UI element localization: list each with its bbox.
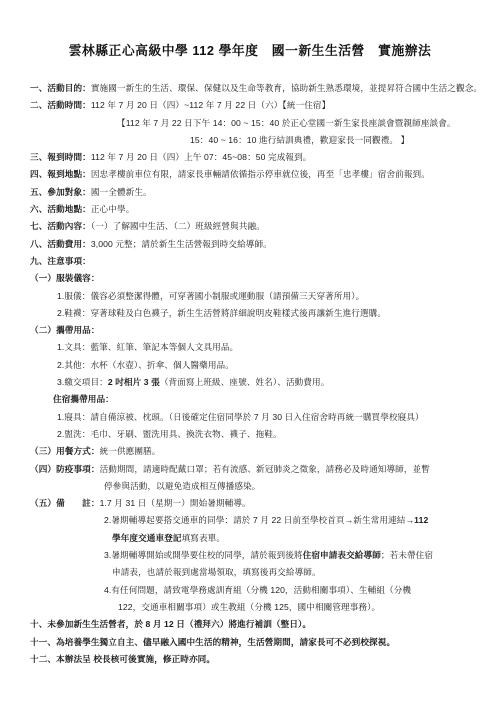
text-segment: 2.暑期輔導起要搭交通車的同學：請於 7 月 22 日前至學校首頁→新生常用連結… — [104, 515, 414, 525]
doc-line: 十二、本辦法呈 校長核可後實施，修正時亦同。 — [30, 651, 474, 668]
text-segment: 15：40 ~ 16：10 進行結訓典禮，歡迎家長一同觀禮。 】 — [190, 135, 409, 145]
text-segment: （一）了解國中生活、（二）班級經營與共融。 — [91, 221, 265, 231]
text-segment: 六、活動地點： — [30, 204, 91, 214]
doc-line: 2.其他：水杯（水壺）、折傘、個人醫藥用品。 — [30, 357, 474, 374]
doc-line: 122，交通車相關事項）或生教組（分機 125，國中相關管理事務）。 — [30, 599, 474, 616]
text-segment: 住宿申請表交給導師 — [303, 550, 381, 560]
text-segment: （二）攜帶用品： — [30, 325, 100, 335]
doc-line: （五）備 註：1.7 月 31 日（星期一）開始暑期輔導。 — [30, 495, 474, 512]
doc-line: 六、活動地點：正心中學。 — [30, 201, 474, 218]
text-segment: 九、注意事項： — [30, 256, 91, 266]
doc-line: 住宿攜帶用品： — [30, 391, 474, 408]
doc-line: （三）用餐方式：統一供應團膳。 — [30, 443, 474, 460]
doc-line: 1.文具：藍筆、紅筆、筆記本等個人文具用品。 — [30, 339, 474, 356]
text-segment: （一）服裝儀容： — [30, 273, 100, 283]
doc-line: 15：40 ~ 16：10 進行結訓典禮，歡迎家長一同觀禮。 】 — [30, 132, 474, 149]
document-page: 雲林縣正心高級中學 112 學年度 國一新生生活營 實施辦法 一、活動目的：實施… — [0, 0, 500, 708]
text-segment: 112 — [414, 515, 428, 525]
text-segment: 1.服儀：儀容必須整潔得體，可穿著國小制服或運動服（請預備三天穿著所用）。 — [57, 291, 364, 301]
doc-line: 四、報到地點：因忠孝樓前車位有限，請家長車輛請依循指示停車就位後，再至「忠孝樓」… — [30, 166, 474, 183]
doc-line: 3.暑期輔導開始或開學要住校的同學，請於報到後將住宿申請表交給導師；若未帶住宿 — [30, 547, 474, 564]
text-segment: 3.暑期輔導開始或開學要住校的同學，請於報到後將 — [104, 550, 303, 560]
doc-line: 1.服儀：儀容必須整潔得體，可穿著國小制服或運動服（請預備三天穿著所用）。 — [30, 288, 474, 305]
text-segment: 112 年 7 月 20 日（四）~112 年 7 月 22 日（六）【統一住宿… — [91, 100, 330, 110]
doc-line: （四）防疫事項：活動期間，請適時配戴口罩；若有流感、新冠肺炎之徵象，請務必及時通… — [30, 461, 474, 478]
text-segment: （背面寫上班級、座號、姓名）、活動費用。 — [160, 377, 330, 387]
text-segment: 2.鞋襪：穿著球鞋及白色襪子，新生生活營將詳細說明皮鞋樣式後再讓新生進行選購。 — [57, 308, 386, 318]
doc-line: 申請表，也請於報到處當場領取，填寫後再交給導師。 — [30, 564, 474, 581]
text-segment: （五）備 註： — [30, 498, 100, 508]
text-segment: 五、參加對象： — [30, 187, 91, 197]
text-segment: 1.寢具：請自備涼被、枕頭。（日後確定住宿同學於 7 月 30 日入住宿舍時再統… — [57, 412, 424, 422]
document-title: 雲林縣正心高級中學 112 學年度 國一新生生活營 實施辦法 — [0, 0, 500, 59]
text-segment: 統一供應團膳。 — [100, 446, 161, 456]
text-segment: 正心中學。 — [91, 204, 134, 214]
text-segment: ；若未帶住宿 — [381, 550, 433, 560]
text-segment: 住宿攜帶用品： — [53, 394, 114, 404]
text-segment: （四）防疫事項： — [30, 464, 100, 474]
text-segment: 【112 年 7 月 22 日下午 14：00 ~ 15：40 於正心堂國一新生… — [117, 118, 456, 128]
text-segment: 十一、為培養學生獨立自主、儘早融入國中生活的精神，生活營期間，請家長可不必到校探… — [30, 637, 395, 647]
doc-line: 十一、為培養學生獨立自主、儘早融入國中生活的精神，生活營期間，請家長可不必到校探… — [30, 634, 474, 651]
text-segment: 二、活動時間： — [30, 100, 91, 110]
text-segment: 四、報到地點： — [30, 169, 91, 179]
doc-line: 學年度交通車登記填寫表單。 — [30, 530, 474, 547]
text-segment: 七、活動內容： — [30, 221, 91, 231]
text-segment: 八、活動費用： — [30, 239, 91, 249]
text-segment: 活動期間，請適時配戴口罩；若有流感、新冠肺炎之徵象，請務必及時通知導師，並暫 — [100, 464, 430, 474]
doc-line: 停參與活動，以避免造成相互傳播感染。 — [30, 478, 474, 495]
text-segment: 國一全體新生。 — [91, 187, 152, 197]
text-segment: 學年度交通車登記 — [112, 533, 182, 543]
doc-line: 【112 年 7 月 22 日下午 14：00 ~ 15：40 於正心堂國一新生… — [30, 115, 474, 132]
text-segment: 實施國一新生的生活、環保、保健以及生命等教育，協助新生熟悉環境，並提昇符合國中生… — [91, 83, 482, 93]
text-segment: 十、未參加新生生活營者，於 8 月 12 日（禮拜六）將進行補訓（整日）。 — [30, 619, 311, 629]
doc-line: 2.鞋襪：穿著球鞋及白色襪子，新生生活營將詳細說明皮鞋樣式後再讓新生進行選購。 — [30, 305, 474, 322]
doc-line: 二、活動時間：112 年 7 月 20 日（四）~112 年 7 月 22 日（… — [30, 97, 474, 114]
doc-line: 八、活動費用：3,000 元整；請於新生生活營報到時交給導師。 — [30, 236, 474, 253]
text-segment: 3,000 元整；請於新生生活營報到時交給導師。 — [91, 239, 272, 249]
text-segment: 4.有任何問題，請致電學務處訓育組（分機 120，活動相關事項）、生輔組（分機 — [104, 585, 411, 595]
doc-line: （二）攜帶用品： — [30, 322, 474, 339]
doc-line: 1.寢具：請自備涼被、枕頭。（日後確定住宿同學於 7 月 30 日入住宿舍時再統… — [30, 409, 474, 426]
text-segment: 2.其他：水杯（水壺）、折傘、個人醫藥用品。 — [57, 360, 234, 370]
doc-line: 五、參加對象：國一全體新生。 — [30, 184, 474, 201]
doc-line: 十、未參加新生生活營者，於 8 月 12 日（禮拜六）將進行補訓（整日）。 — [30, 616, 474, 633]
doc-line: 九、注意事項： — [30, 253, 474, 270]
text-segment: 2.盥洗：毛巾、牙刷、盥洗用具、換洗衣物、襪子、拖鞋。 — [57, 429, 282, 439]
doc-line: 七、活動內容：（一）了解國中生活、（二）班級經營與共融。 — [30, 218, 474, 235]
text-segment: （三）用餐方式： — [30, 446, 100, 456]
doc-line: 4.有任何問題，請致電學務處訓育組（分機 120，活動相關事項）、生輔組（分機 — [30, 582, 474, 599]
doc-line: 三、報到時間：112 年 7 月 20 日（四）上午 07：45~08：50 完… — [30, 149, 474, 166]
text-segment: 2 吋相片 3 張 — [108, 377, 160, 387]
doc-line: 一、活動目的：實施國一新生的生活、環保、保健以及生命等教育，協助新生熟悉環境，並… — [30, 80, 474, 97]
text-segment: 一、活動目的： — [30, 83, 91, 93]
text-segment: 申請表，也請於報到處當場領取，填寫後再交給導師。 — [112, 567, 321, 577]
doc-line: 3.繳交項目：2 吋相片 3 張（背面寫上班級、座號、姓名）、活動費用。 — [30, 374, 474, 391]
text-segment: 填寫表單。 — [182, 533, 225, 543]
text-segment: 1.文具：藍筆、紅筆、筆記本等個人文具用品。 — [57, 342, 238, 352]
text-segment: 122，交通車相關事項）或生教組（分機 125，國中相關管理事務）。 — [118, 602, 380, 612]
doc-line: 2.暑期輔導起要搭交通車的同學：請於 7 月 22 日前至學校首頁→新生常用連結… — [30, 512, 474, 529]
text-segment: 十二、本辦法呈 校長核可後實施，修正時亦同。 — [30, 654, 215, 664]
doc-line: 2.盥洗：毛巾、牙刷、盥洗用具、換洗衣物、襪子、拖鞋。 — [30, 426, 474, 443]
text-segment: 112 年 7 月 20 日（四）上午 07：45~08：50 完成報到。 — [91, 152, 312, 162]
text-segment: 三、報到時間： — [30, 152, 91, 162]
text-segment: 停參與活動，以避免造成相互傳播感染。 — [104, 481, 261, 491]
text-segment: 1.7 月 31 日（星期一）開始暑期輔導。 — [100, 498, 251, 508]
doc-line: （一）服裝儀容： — [30, 270, 474, 287]
document-body: 一、活動目的：實施國一新生的生活、環保、保健以及生命等教育，協助新生熟悉環境，並… — [0, 59, 500, 668]
text-segment: 因忠孝樓前車位有限，請家長車輛請依循指示停車就位後，再至「忠孝樓」宿舍前報到。 — [91, 169, 430, 179]
text-segment: 3.繳交項目： — [57, 377, 108, 387]
